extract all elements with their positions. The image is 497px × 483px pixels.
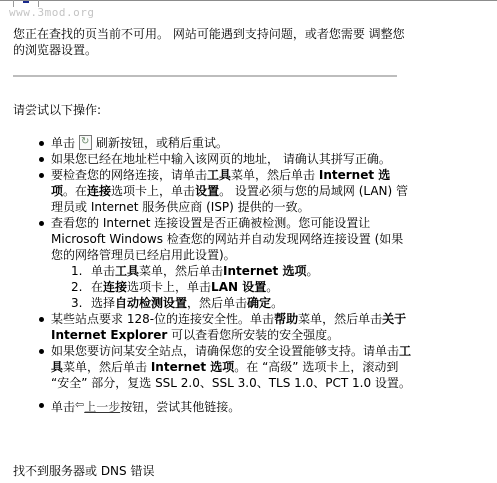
list-item-back: 单击⇦上一步按钮，尝试其他链接。 xyxy=(13,397,413,415)
step-item: 2.在连接选项卡上，单击LAN 设置。 xyxy=(51,279,413,295)
list-item-connection: 要检查您的网络连接，请单击工具菜单，然后单击 Internet 选项。在连接选项… xyxy=(13,167,413,215)
refresh-icon[interactable] xyxy=(79,135,92,150)
divider xyxy=(13,75,397,77)
bullet-icon xyxy=(39,317,44,322)
list-item-refresh: 单击刷新按钮，或稍后重试。 xyxy=(13,135,413,151)
top-border xyxy=(0,0,497,1)
bullet-icon xyxy=(39,141,44,146)
bullet-icon xyxy=(39,221,44,226)
bullet-icon xyxy=(39,173,44,178)
step-item: 1.单击工具菜单，然后单击Internet 选项。 xyxy=(51,263,413,279)
bullet-icon xyxy=(39,403,44,408)
bullet-icon xyxy=(39,349,44,354)
error-title: 找不到服务器或 DNS 错误 xyxy=(13,463,154,479)
autodetect-steps: 1.单击工具菜单，然后单击Internet 选项。 2.在连接选项卡上，单击LA… xyxy=(51,263,413,311)
back-arrow-icon: ⇦ xyxy=(75,397,84,413)
back-link[interactable]: 上一步 xyxy=(84,400,120,414)
intro-text: 您正在查找的页当前不可用。 网站可能遇到支持问题，或者您需要 调整您的浏览器设置… xyxy=(13,26,408,58)
list-item-secure-site: 如果您要访问某安全站点，请确保您的安全设置能够支持。请单击工具菜单，然后单击 I… xyxy=(13,343,413,391)
list-item-security128: 某些站点要求 128-位的连接安全性。单击帮助菜单，然后单击关于 Interne… xyxy=(13,311,413,343)
list-item-address: 如果您已经在地址栏中输入该网页的地址， 请确认其拼写正确。 xyxy=(13,151,413,167)
list-item-autodetect: 查看您的 Internet 连接设置是否正确被检测。您可能设置让 Microso… xyxy=(13,215,413,311)
bullet-icon xyxy=(39,157,44,162)
step-item: 3.选择自动检测设置，然后单击确定。 xyxy=(51,295,413,311)
suggestion-list: 单击刷新按钮，或稍后重试。 如果您已经在地址栏中输入该网页的地址， 请确认其拼写… xyxy=(13,135,413,415)
watermark: www.3mod.org xyxy=(9,6,94,19)
try-heading: 请尝试以下操作: xyxy=(13,102,101,118)
